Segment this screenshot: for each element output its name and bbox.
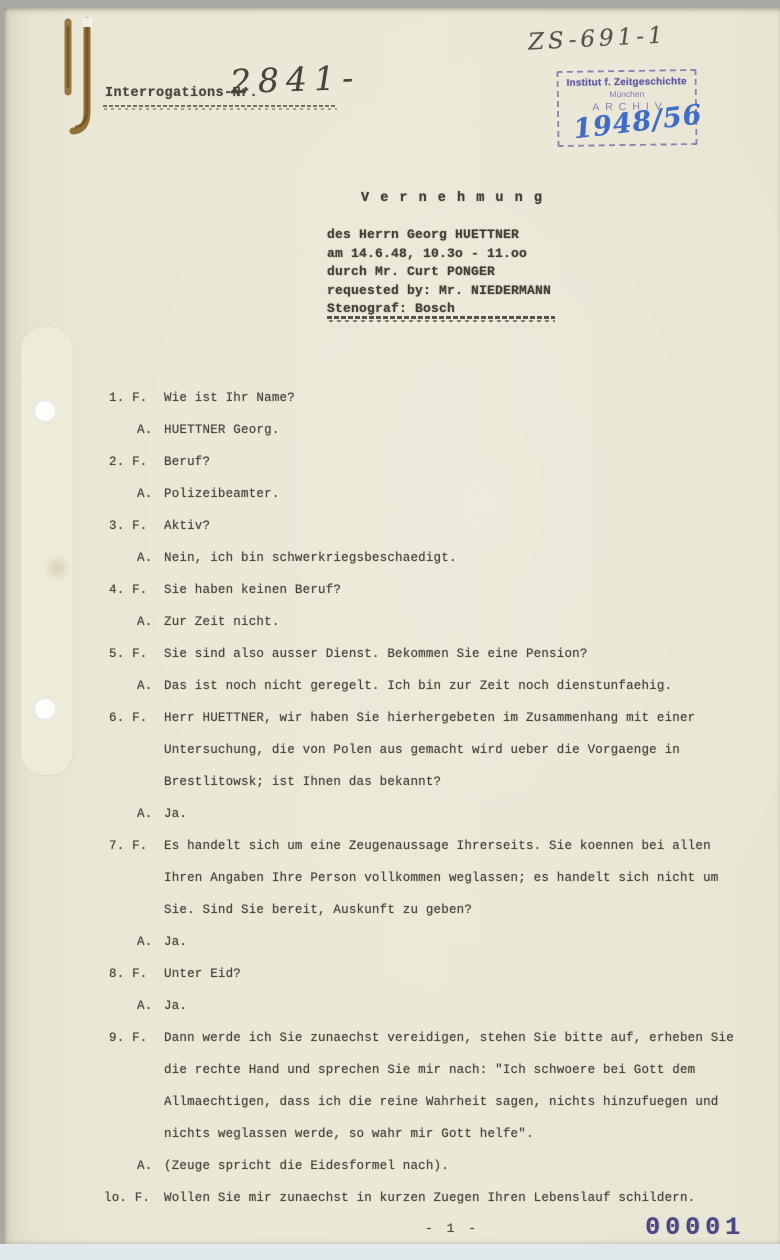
answer-label: A.: [137, 478, 152, 510]
question-text-line: Unter Eid?: [164, 958, 744, 990]
question-text-line: Sie haben keinen Beruf?: [164, 574, 744, 606]
answer-text-line: Das ist noch nicht geregelt. Ich bin zur…: [164, 670, 744, 702]
answer-text-line: Nein, ich bin schwerkriegsbeschaedigt.: [164, 542, 744, 574]
document-title: V e r n e h m u n g: [361, 191, 543, 206]
header-block: des Herrn Georg HUETTNER am 14.6.48, 10.…: [327, 226, 627, 319]
question-row: 6. F. Herr HUETTNER, wir haben Sie hierh…: [4, 702, 744, 798]
question-text-line: die rechte Hand und sprechen Sie mir nac…: [164, 1054, 744, 1086]
question-text-line: nichts weglassen werde, so wahr mir Gott…: [164, 1118, 744, 1150]
archive-reference-handwritten: ZS-691-1: [527, 22, 667, 55]
question-number: 5. F.: [109, 638, 148, 670]
question-number: 6. F.: [109, 702, 148, 734]
question-row: 1. F. Wie ist Ihr Name?: [4, 382, 744, 414]
header-line-person: des Herrn Georg HUETTNER: [327, 226, 627, 245]
question-text-line: Sie. Sind Sie bereit, Auskunft zu geben?: [164, 894, 744, 926]
question-number: 7. F.: [109, 830, 148, 862]
question-text-line: Aktiv?: [164, 510, 744, 542]
question-text-line: Untersuchung, die von Polen aus gemacht …: [164, 734, 744, 766]
answer-label: A.: [137, 798, 152, 830]
answer-row: A. Nein, ich bin schwerkriegsbeschaedigt…: [4, 542, 744, 574]
question-number: 9. F.: [109, 1022, 148, 1054]
question-number: 3. F.: [109, 510, 148, 542]
stamp-city: München: [559, 88, 695, 100]
answer-text-line: Polizeibeamter.: [164, 478, 744, 510]
answer-text-line: Ja.: [164, 798, 744, 830]
answer-row: A. Zur Zeit nicht.: [4, 606, 744, 638]
interrogation-label-underline: [103, 105, 337, 110]
answer-row: A. Polizeibeamter.: [4, 478, 744, 510]
answer-row: A. Ja.: [4, 990, 744, 1022]
paperclip-rust-stain: [56, 14, 116, 139]
question-row: 4. F. Sie haben keinen Beruf?: [4, 574, 744, 606]
question-number: 8. F.: [109, 958, 148, 990]
answer-label: A.: [137, 606, 152, 638]
answer-label: A.: [137, 414, 152, 446]
question-text-line: Beruf?: [164, 446, 744, 478]
answer-row: A. HUETTNER Georg.: [4, 414, 744, 446]
answer-label: A.: [137, 670, 152, 702]
question-text-line: Allmaechtigen, dass ich die reine Wahrhe…: [164, 1086, 744, 1118]
question-row: 3. F. Aktiv?: [4, 510, 744, 542]
question-text-line: Dann werde ich Sie zunaechst vereidigen,…: [164, 1022, 744, 1054]
question-text-line: Herr HUETTNER, wir haben Sie hierhergebe…: [164, 702, 744, 734]
question-row: 7. F. Es handelt sich um eine Zeugenauss…: [4, 830, 744, 926]
question-text-line: Brestlitowsk; ist Ihnen das bekannt?: [164, 766, 744, 798]
answer-text-line: Ja.: [164, 990, 744, 1022]
answer-row: A. Ja.: [4, 798, 744, 830]
question-number: 4. F.: [109, 574, 148, 606]
page-number: - 1 -: [425, 1221, 479, 1236]
question-row: 2. F. Beruf?: [4, 446, 744, 478]
answer-label: A.: [137, 542, 152, 574]
archive-stamp: Institut f. Zeitgeschichte München ARCHI…: [556, 69, 697, 147]
stamp-institute-name: Institut f. Zeitgeschichte: [559, 76, 695, 89]
folio-stamp-number: 00001: [645, 1213, 745, 1242]
answer-text-line: Zur Zeit nicht.: [164, 606, 744, 638]
answer-label: A.: [137, 1150, 152, 1182]
question-text-line: Ihren Angaben Ihre Person vollkommen weg…: [164, 862, 744, 894]
answer-row: A. Ja.: [4, 926, 744, 958]
answer-text-line: HUETTNER Georg.: [164, 414, 744, 446]
scan-background-strip: [0, 1244, 780, 1260]
question-number: lo. F.: [104, 1182, 150, 1214]
answer-row: A. Das ist noch nicht geregelt. Ich bin …: [4, 670, 744, 702]
question-row: 8. F. Unter Eid?: [4, 958, 744, 990]
question-row: 5. F. Sie sind also ausser Dienst. Bekom…: [4, 638, 744, 670]
header-line-requested-by: requested by: Mr. NIEDERMANN: [327, 282, 627, 301]
question-number: 2. F.: [109, 446, 148, 478]
question-number: 1. F.: [109, 382, 148, 414]
answer-text-line: (Zeuge spricht die Eidesformel nach).: [164, 1150, 744, 1182]
answer-row: A. (Zeuge spricht die Eidesformel nach).: [4, 1150, 744, 1182]
question-text-line: Sie sind also ausser Dienst. Bekommen Si…: [164, 638, 744, 670]
header-underline: [327, 316, 555, 322]
answer-label: A.: [137, 926, 152, 958]
question-text-line: Wollen Sie mir zunaechst in kurzen Zuege…: [164, 1182, 744, 1214]
header-line-datetime: am 14.6.48, 10.3o - 11.oo: [327, 245, 627, 264]
question-text-line: Es handelt sich um eine Zeugenaussage Ih…: [164, 830, 744, 862]
answer-text-line: Ja.: [164, 926, 744, 958]
qa-transcript: 1. F. Wie ist Ihr Name? A. HUETTNER Geor…: [4, 382, 744, 1214]
answer-label: A.: [137, 990, 152, 1022]
document-page: Interrogations-Nr. 2841- ZS-691-1 Instit…: [4, 8, 780, 1246]
header-line-interrogator: durch Mr. Curt PONGER: [327, 263, 627, 282]
question-row: lo. F. Wollen Sie mir zunaechst in kurze…: [4, 1182, 744, 1214]
question-text-line: Wie ist Ihr Name?: [164, 382, 744, 414]
question-row: 9. F. Dann werde ich Sie zunaechst verei…: [4, 1022, 744, 1150]
interrogation-number-handwritten: 2841-: [229, 58, 360, 102]
